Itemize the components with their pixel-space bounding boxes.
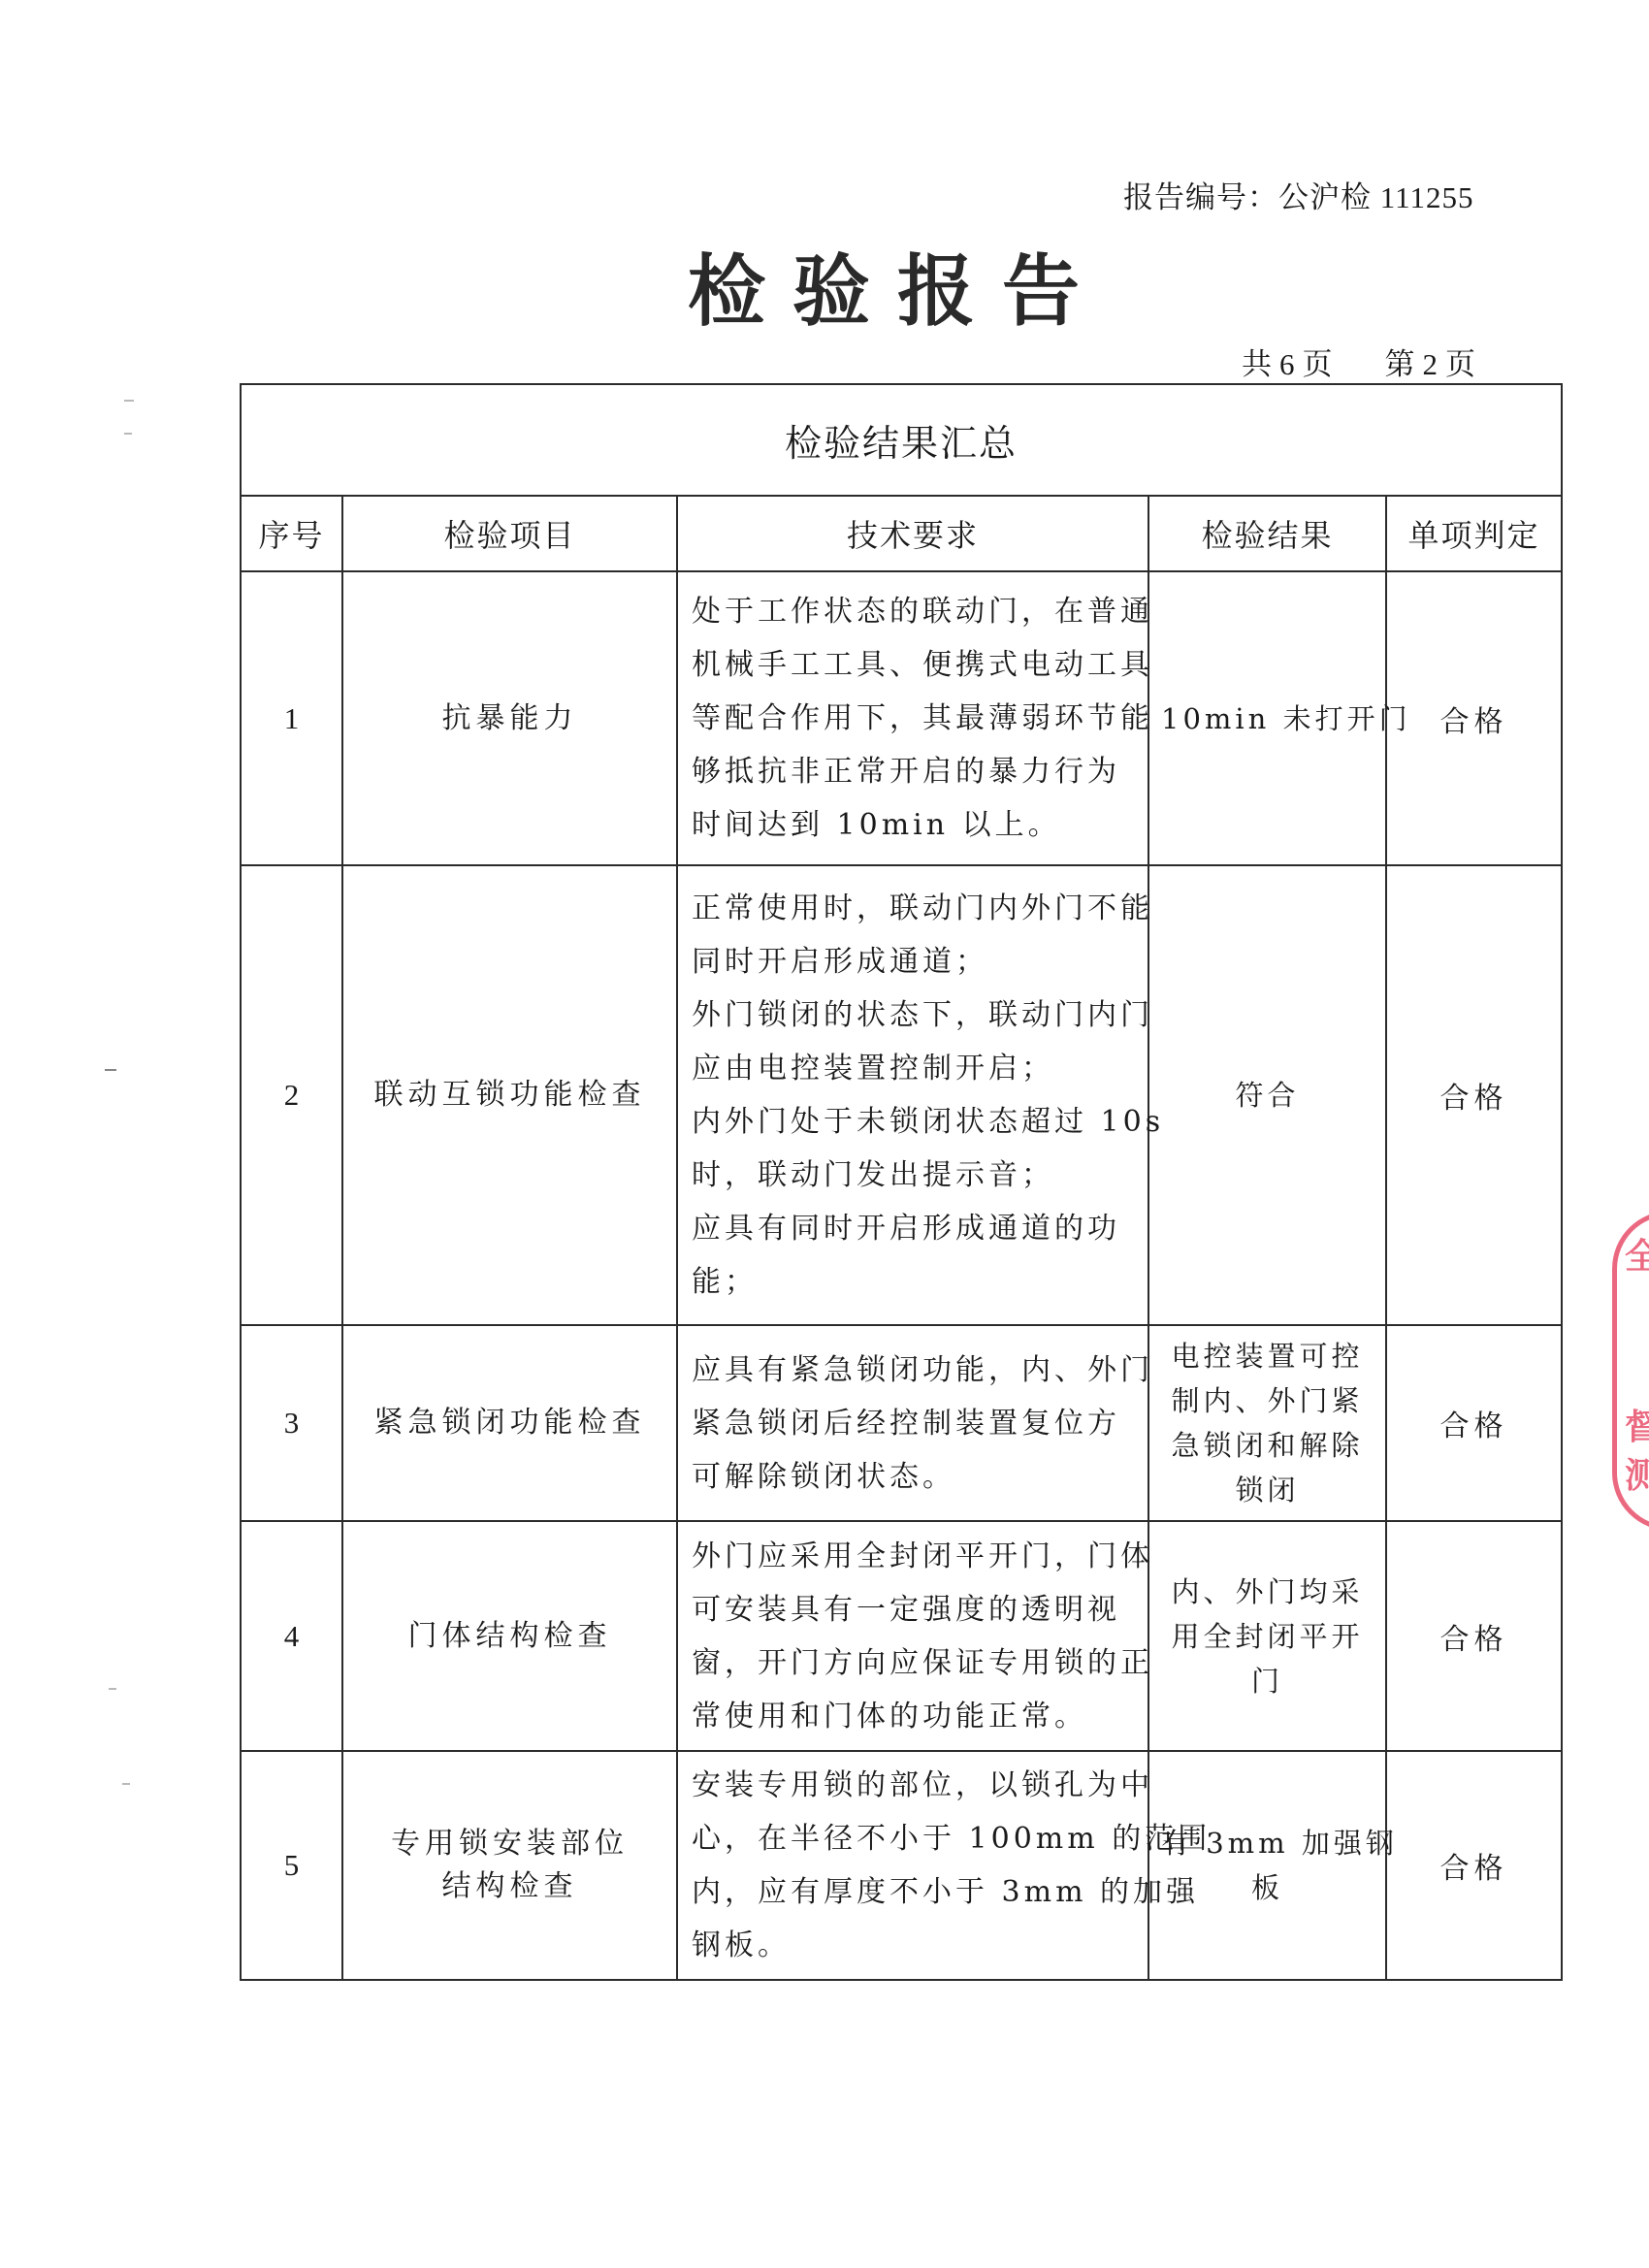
- requirement-line: 安装专用锁的部位，以锁孔为中: [692, 1759, 1140, 1812]
- result-line: 内、外门均采: [1161, 1570, 1374, 1614]
- item-line: 抗暴能力: [442, 701, 578, 735]
- requirement-line: 窗，开门方向应保证专用锁的正: [692, 1636, 1140, 1690]
- row-number: 2: [241, 865, 342, 1325]
- table-row: 5 专用锁安装部位 结构检查 安装专用锁的部位，以锁孔为中 心，在半径不小于 1…: [241, 1751, 1562, 1980]
- scan-mark: [105, 1069, 116, 1071]
- stamp-char: 全: [1625, 1229, 1649, 1279]
- page-info: 共6页第2页: [1238, 340, 1479, 383]
- requirement-line: 时间达到 10min 以上。: [692, 798, 1140, 852]
- inspection-item: 门体结构检查: [342, 1521, 677, 1751]
- table-header-row: 序号 检验项目 技术要求 检验结果 单项判定: [241, 496, 1562, 571]
- result-line: 急锁闭和解除: [1161, 1423, 1374, 1468]
- current-prefix: 第: [1385, 347, 1415, 381]
- result-line: 符合: [1161, 1073, 1374, 1118]
- technical-requirement: 正常使用时，联动门内外门不能 同时开启形成通道； 外门锁闭的状态下，联动门内门 …: [677, 865, 1148, 1325]
- requirement-line: 外门锁闭的状态下，联动门内门: [692, 988, 1140, 1042]
- item-line: 紧急锁闭功能检查: [374, 1406, 646, 1440]
- column-header-result: 检验结果: [1148, 496, 1386, 571]
- requirement-line: 可解除锁闭状态。: [692, 1450, 1140, 1504]
- scan-mark: [124, 433, 132, 435]
- table-row: 4 门体结构检查 外门应采用全封闭平开门，门体 可安装具有一定强度的透明视 窗，…: [241, 1521, 1562, 1751]
- result-line: 制内、外门紧: [1161, 1378, 1374, 1423]
- stamp-char: 测: [1625, 1448, 1649, 1498]
- column-header-no: 序号: [241, 496, 342, 571]
- requirement-line: 内外门处于未锁闭状态超过 10s: [692, 1095, 1140, 1149]
- requirement-line: 内，应有厚度不小于 3mm 的加强: [692, 1865, 1140, 1919]
- requirement-line: 等配合作用下，其最薄弱环节能: [692, 692, 1140, 745]
- result-line: 锁闭: [1161, 1468, 1374, 1512]
- item-line: 结构检查: [343, 1865, 676, 1908]
- requirement-line: 心，在半径不小于 100mm 的范围: [692, 1812, 1140, 1865]
- item-verdict: 合格: [1386, 1751, 1562, 1980]
- requirement-line: 常使用和门体的功能正常。: [692, 1690, 1140, 1743]
- result-line: 10min 未打开门: [1161, 697, 1374, 741]
- inspection-summary-table: 检验结果汇总 序号 检验项目 技术要求 检验结果 单项判定 1 抗暴能力 处于工…: [240, 383, 1563, 1981]
- inspection-result: 符合: [1148, 865, 1386, 1325]
- official-seal-stamp: 全 督 测: [1612, 1211, 1649, 1531]
- column-header-requirement: 技术要求: [677, 496, 1148, 571]
- row-number: 1: [241, 571, 342, 865]
- row-number: 3: [241, 1325, 342, 1521]
- table-row: 1 抗暴能力 处于工作状态的联动门，在普通 机械手工工具、便携式电动工具 等配合…: [241, 571, 1562, 865]
- stamp-char: 督: [1625, 1400, 1649, 1449]
- technical-requirement: 处于工作状态的联动门，在普通 机械手工工具、便携式电动工具 等配合作用下，其最薄…: [677, 571, 1148, 865]
- inspection-item: 联动互锁功能检查: [342, 865, 677, 1325]
- technical-requirement: 应具有紧急锁闭功能，内、外门 紧急锁闭后经控制装置复位方 可解除锁闭状态。: [677, 1325, 1148, 1521]
- inspection-item: 抗暴能力: [342, 571, 677, 865]
- current-page: 2: [1423, 347, 1439, 381]
- requirement-line: 时，联动门发出提示音；: [692, 1149, 1140, 1202]
- technical-requirement: 安装专用锁的部位，以锁孔为中 心，在半径不小于 100mm 的范围 内，应有厚度…: [677, 1751, 1148, 1980]
- column-header-item: 检验项目: [342, 496, 677, 571]
- requirement-line: 外门应采用全封闭平开门，门体: [692, 1530, 1140, 1583]
- requirement-line: 能；: [692, 1255, 1140, 1309]
- item-line: 专用锁安装部位: [343, 1823, 676, 1865]
- report-number-label: 报告编号：: [1123, 180, 1278, 214]
- inspection-result: 有 3mm 加强钢 板: [1148, 1751, 1386, 1980]
- requirement-line: 可安装具有一定强度的透明视: [692, 1583, 1140, 1636]
- scan-mark: [124, 400, 134, 402]
- item-verdict: 合格: [1386, 865, 1562, 1325]
- table-row: 3 紧急锁闭功能检查 应具有紧急锁闭功能，内、外门 紧急锁闭后经控制装置复位方 …: [241, 1325, 1562, 1521]
- row-number: 5: [241, 1751, 342, 1980]
- requirement-line: 紧急锁闭后经控制装置复位方: [692, 1397, 1140, 1450]
- inspection-result: 10min 未打开门: [1148, 571, 1386, 865]
- total-prefix: 共: [1242, 347, 1272, 381]
- inspection-item: 紧急锁闭功能检查: [342, 1325, 677, 1521]
- result-line: 电控装置可控: [1161, 1334, 1374, 1378]
- requirement-line: 处于工作状态的联动门，在普通: [692, 585, 1140, 638]
- requirement-line: 应具有同时开启形成通道的功: [692, 1202, 1140, 1255]
- item-verdict: 合格: [1386, 1521, 1562, 1751]
- result-line: 用全封闭平开: [1161, 1614, 1374, 1659]
- item-verdict: 合格: [1386, 571, 1562, 865]
- current-suffix: 页: [1445, 347, 1475, 381]
- result-line: 有 3mm 加强钢: [1161, 1821, 1374, 1865]
- technical-requirement: 外门应采用全封闭平开门，门体 可安装具有一定强度的透明视 窗，开门方向应保证专用…: [677, 1521, 1148, 1751]
- report-number: 报告编号：公沪检 111255: [1123, 173, 1473, 216]
- requirement-line: 应由电控装置控制开启；: [692, 1042, 1140, 1095]
- result-line: 门: [1161, 1659, 1374, 1703]
- total-pages: 6: [1279, 347, 1295, 381]
- inspection-item: 专用锁安装部位 结构检查: [342, 1751, 677, 1980]
- requirement-line: 钢板。: [692, 1919, 1140, 1972]
- column-header-verdict: 单项判定: [1386, 496, 1562, 571]
- document-title: 检验报告: [0, 229, 1649, 340]
- item-verdict: 合格: [1386, 1325, 1562, 1521]
- requirement-line: 正常使用时，联动门内外门不能: [692, 882, 1140, 935]
- requirement-line: 够抵抗非正常开启的暴力行为: [692, 745, 1140, 798]
- table-row: 2 联动互锁功能检查 正常使用时，联动门内外门不能 同时开启形成通道； 外门锁闭…: [241, 865, 1562, 1325]
- inspection-result: 电控装置可控 制内、外门紧 急锁闭和解除 锁闭: [1148, 1325, 1386, 1521]
- scan-mark: [122, 1783, 130, 1785]
- requirement-line: 应具有紧急锁闭功能，内、外门: [692, 1344, 1140, 1397]
- report-number-value: 公沪检 111255: [1278, 180, 1473, 214]
- row-number: 4: [241, 1521, 342, 1751]
- item-line: 联动互锁功能检查: [374, 1078, 646, 1112]
- requirement-line: 同时开启形成通道；: [692, 935, 1140, 988]
- total-suffix: 页: [1303, 347, 1333, 381]
- inspection-result: 内、外门均采 用全封闭平开 门: [1148, 1521, 1386, 1751]
- requirement-line: 机械手工工具、便携式电动工具: [692, 638, 1140, 692]
- scan-mark: [109, 1688, 116, 1690]
- item-line: 门体结构检查: [408, 1619, 612, 1653]
- table-title: 检验结果汇总: [241, 384, 1562, 496]
